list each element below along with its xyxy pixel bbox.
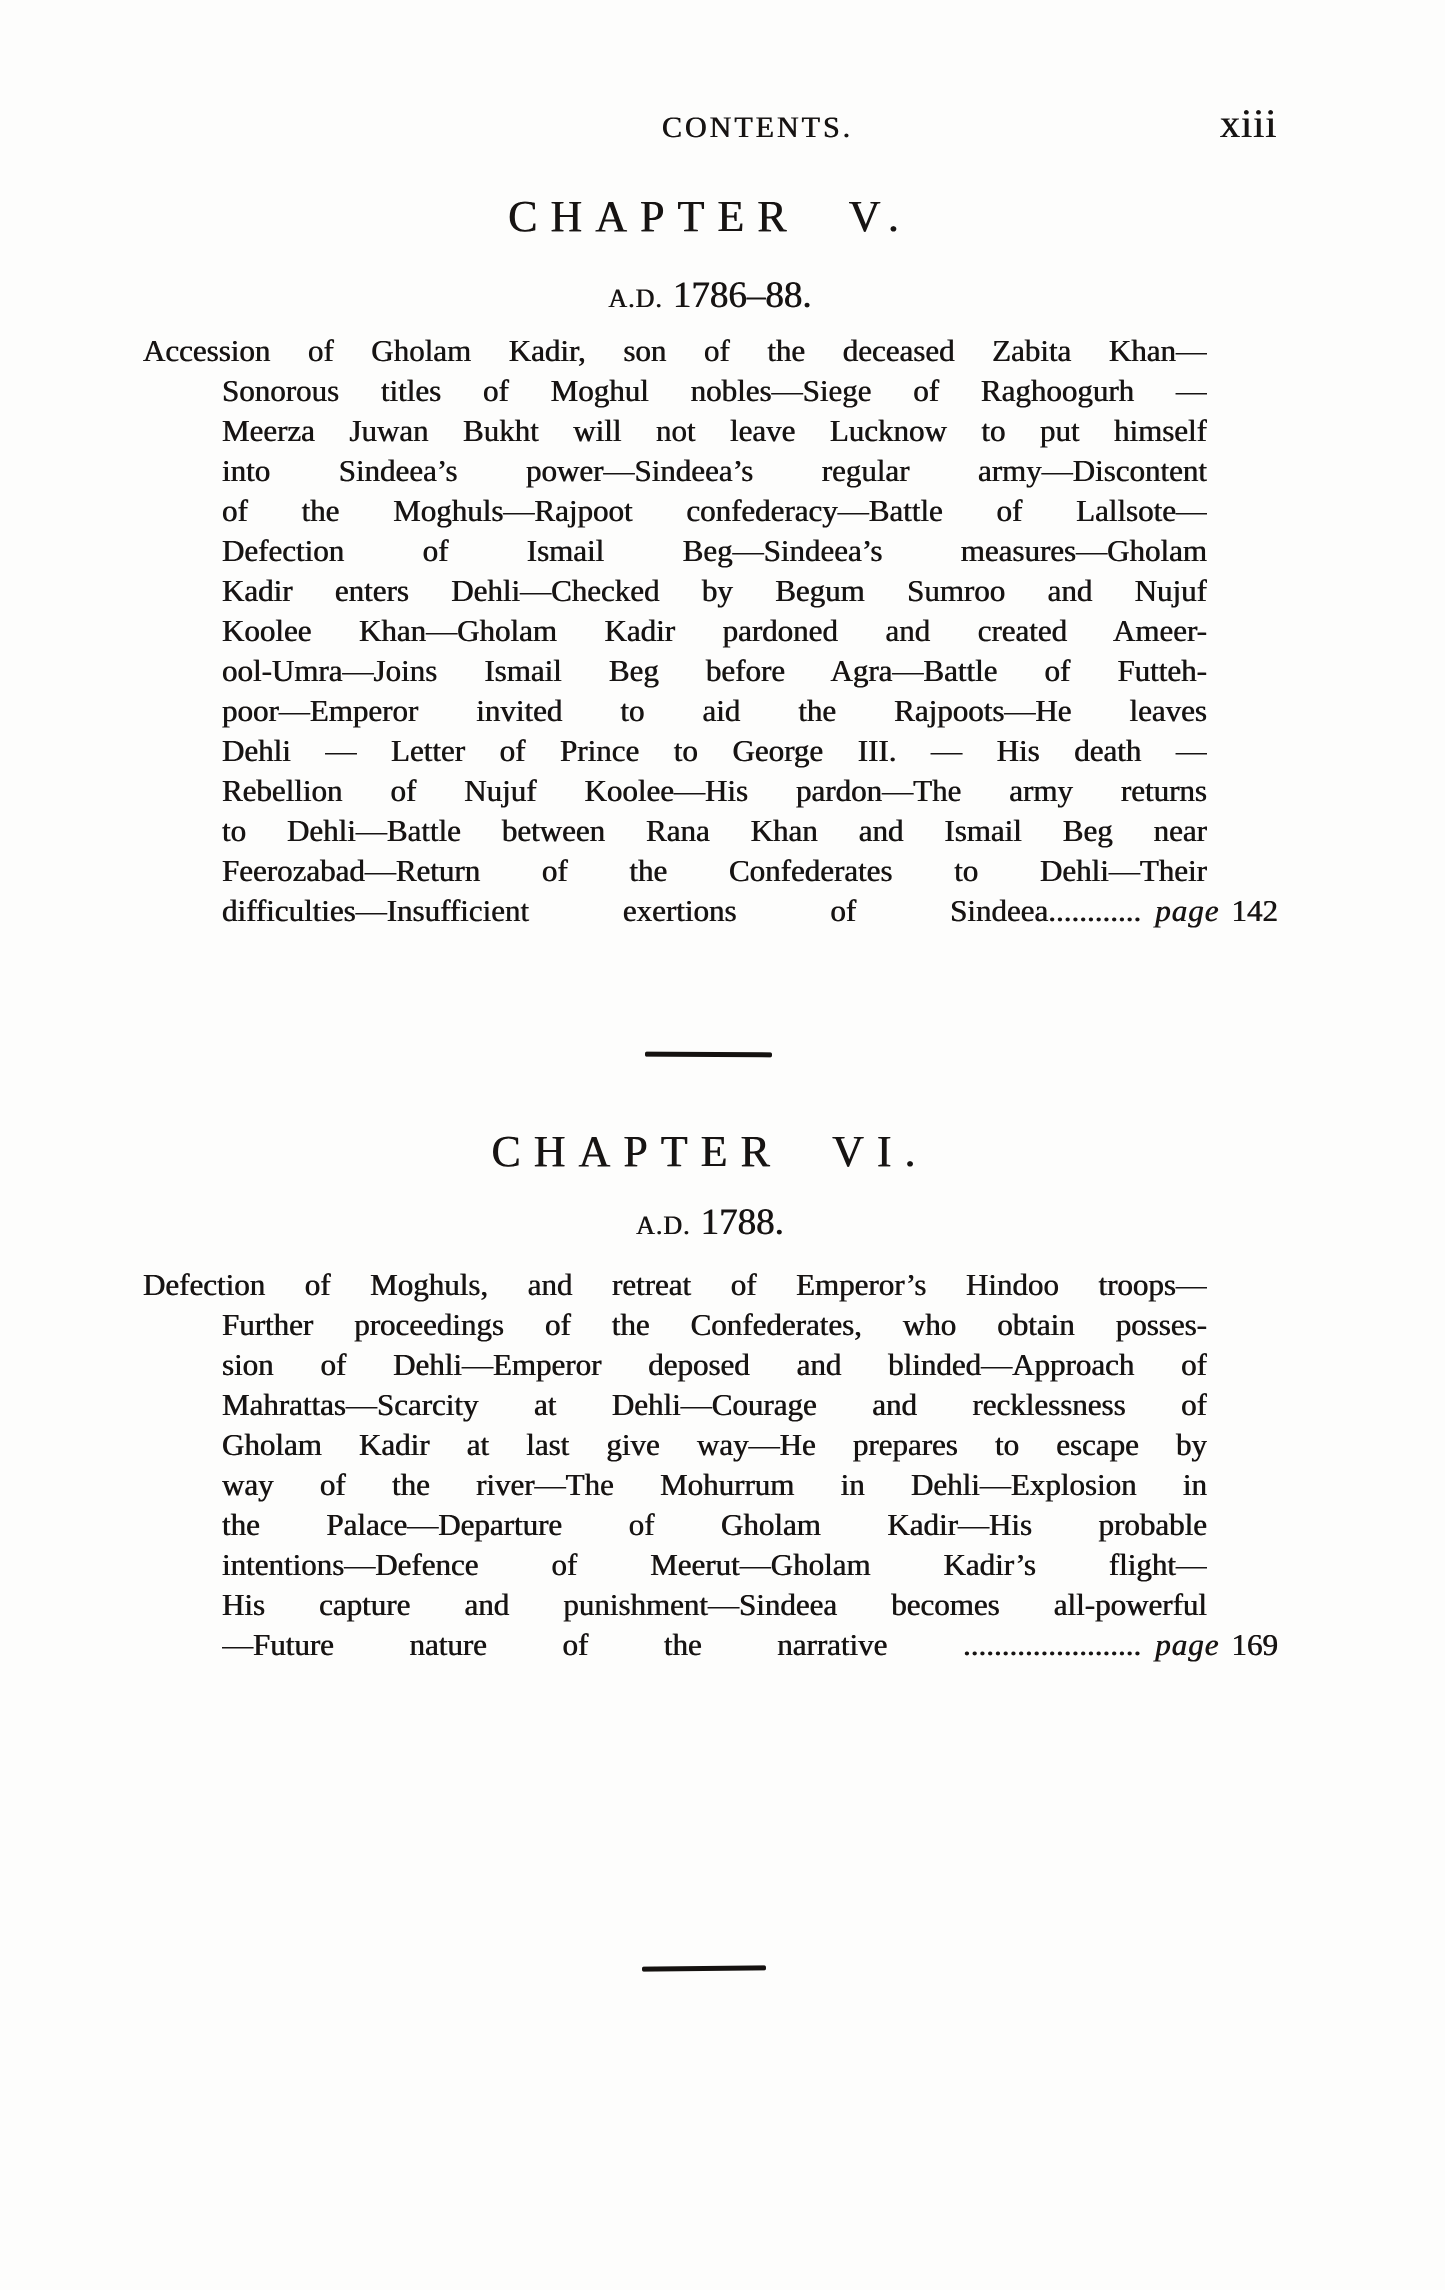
chapter-6-page-ref: 169 (1232, 1627, 1279, 1662)
summary-line: Koolee Khan—Gholam Kadir pardoned and cr… (222, 611, 1207, 651)
dot-leader: ....................... (887, 1627, 1141, 1662)
summary-line: the Palace—Departure of Gholam Kadir—His… (222, 1505, 1207, 1545)
chapter-6-heading-row: CHAPTER VI. (143, 1126, 1277, 1177)
chapter-5-years: 1786–88. (673, 275, 812, 316)
chapter-5-page-ref: 142 (1232, 893, 1279, 928)
summary-line: of the Moghuls—Rajpoot confederacy—Battl… (222, 491, 1207, 531)
chapter-6-heading: CHAPTER VI. (491, 1127, 928, 1176)
section-divider-rule (642, 1965, 766, 1971)
summary-line: His capture and punishment—Sindeea becom… (222, 1585, 1207, 1625)
folio-page-number: xiii (1220, 100, 1277, 147)
section-divider-rule (645, 1052, 772, 1058)
summary-line: way of the river—The Mohurrum in Dehli—E… (222, 1465, 1207, 1505)
summary-line: sion of Dehli—Emperor deposed and blinde… (222, 1345, 1207, 1385)
chapter-6-date-row: A.D.1788. (143, 1201, 1277, 1244)
page-word: page (1155, 1627, 1219, 1662)
page-word: page (1155, 893, 1219, 928)
chapter-5-heading-row: CHAPTER V. (143, 191, 1277, 242)
summary-line: Meerza Juwan Bukht will not leave Luckno… (222, 411, 1207, 451)
chapter-5-summary: Accession of Gholam Kadir, son of the de… (143, 331, 1207, 931)
summary-last-line: —Future nature of the narrative ........… (222, 1625, 1207, 1665)
chapter-5-heading: CHAPTER V. (508, 192, 912, 241)
summary-line: poor—Emperor invited to aid the Rajpoots… (222, 691, 1207, 731)
summary-line: Further proceedings of the Confederates,… (222, 1305, 1207, 1345)
summary-line: Gholam Kadir at last give way—He prepare… (222, 1425, 1207, 1465)
summary-last-line: difficulties—Insufficient exertions of S… (222, 891, 1207, 931)
running-head-title: CONTENTS. (662, 111, 853, 145)
summary-line: Mahrattas—Scarcity at Dehli—Courage and … (222, 1385, 1207, 1425)
summary-line: Kadir enters Dehli—Checked by Begum Sumr… (222, 571, 1207, 611)
summary-line: Feerozabad—Return of the Confederates to… (222, 851, 1207, 891)
summary-line: Sonorous titles of Moghul nobles—Siege o… (222, 371, 1207, 411)
chapter-6-era-label: A.D. (636, 1211, 691, 1240)
book-page: CONTENTS. xiii CHAPTER V. A.D.1786–88. A… (0, 0, 1445, 2290)
dot-leader: ............ (1048, 893, 1141, 928)
summary-line-text: difficulties—Insufficient exertions of S… (222, 893, 1048, 928)
chapter-5-date-row: A.D.1786–88. (143, 274, 1277, 317)
chapter-5-era-label: A.D. (608, 284, 663, 313)
summary-line: Dehli — Letter of Prince to George III. … (222, 731, 1207, 771)
summary-line: into Sindeea’s power—Sindeea’s regular a… (222, 451, 1207, 491)
summary-line: Defection of Ismail Beg—Sindeea’s measur… (222, 531, 1207, 571)
summary-line: to Dehli—Battle between Rana Khan and Is… (222, 811, 1207, 851)
summary-line: Defection of Moghuls, and retreat of Emp… (143, 1265, 1207, 1305)
summary-line: intentions—Defence of Meerut—Gholam Kadi… (222, 1545, 1207, 1585)
chapter-6-summary: Defection of Moghuls, and retreat of Emp… (143, 1265, 1207, 1665)
summary-line: Accession of Gholam Kadir, son of the de… (143, 331, 1207, 371)
summary-line: ool-Umra—Joins Ismail Beg before Agra—Ba… (222, 651, 1207, 691)
summary-line: Rebellion of Nujuf Koolee—His pardon—The… (222, 771, 1207, 811)
chapter-6-years: 1788. (701, 1202, 784, 1243)
summary-line-text: —Future nature of the narrative (222, 1627, 887, 1662)
